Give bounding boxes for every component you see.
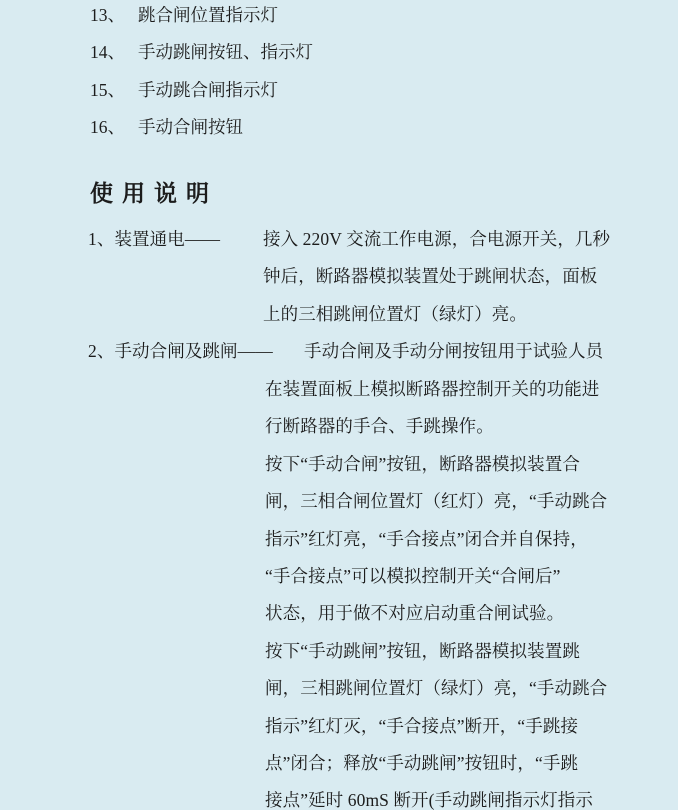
- instruction-2-text-line: 闸，三相合闸位置灯（红灯）亮，“手动跳合: [265, 491, 607, 511]
- instruction-2-label: 2、手动合闸及跳闸——: [88, 341, 273, 361]
- instruction-2-text-line: 行断路器的手合、手跳操作。: [265, 416, 494, 436]
- instruction-2-text-line: 手动合闸及手动分闸按钮用于试验人员: [304, 341, 603, 361]
- list-item: 15、手动跳合闸指示灯: [90, 80, 278, 100]
- instruction-2-text-line: 指示”红灯灭，“手合接点”断开，“手跳接: [265, 716, 578, 736]
- list-item-number: 14、: [90, 42, 138, 62]
- instruction-2-text-line: 闸，三相跳闸位置灯（绿灯）亮，“手动跳合: [265, 678, 607, 698]
- instruction-2-text-line: 指示”红灯亮，“手合接点”闭合并自保持，: [265, 529, 588, 549]
- instruction-2-text-line: 点”闭合；释放“手动跳闸”按钮时，“手跳: [265, 753, 578, 773]
- list-item-text: 跳合闸位置指示灯: [138, 5, 278, 25]
- list-item-text: 手动合闸按钮: [138, 117, 243, 137]
- instruction-2-text-line: 在装置面板上模拟断路器控制开关的功能进: [265, 379, 599, 399]
- list-item-number: 16、: [90, 117, 138, 137]
- instruction-1-text-line: 钟后，断路器模拟装置处于跳闸状态，面板: [263, 266, 597, 286]
- instruction-2-text-line: 按下“手动合闸”按钮，断路器模拟装置合: [265, 454, 580, 474]
- instruction-2-text-line: 按下“手动跳闸”按钮，断路器模拟装置跳: [265, 641, 580, 661]
- instruction-2-text-line: 状态，用于做不对应启动重合闸试验。: [265, 603, 564, 623]
- list-item-number: 15、: [90, 80, 138, 100]
- list-item-text: 手动跳合闸指示灯: [138, 80, 278, 100]
- list-item: 13、跳合闸位置指示灯: [90, 5, 278, 25]
- document-page: 13、跳合闸位置指示灯 14、手动跳闸按钮、指示灯 15、手动跳合闸指示灯 16…: [0, 0, 678, 810]
- list-item: 14、手动跳闸按钮、指示灯: [90, 42, 313, 62]
- list-item-number: 13、: [90, 5, 138, 25]
- list-item-text: 手动跳闸按钮、指示灯: [138, 42, 313, 62]
- instruction-1-label: 1、装置通电——: [88, 229, 220, 249]
- instruction-2-text-line: 接点”延时 60mS 断开(手动跳闸指示灯指示: [265, 790, 593, 810]
- list-item: 16、手动合闸按钮: [90, 117, 243, 137]
- instruction-1-text-line: 接入 220V 交流工作电源，合电源开关，几秒: [263, 229, 610, 249]
- instruction-2-text-line: “手合接点”可以模拟控制开关“合闸后”: [265, 566, 560, 586]
- instruction-1-text-line: 上的三相跳闸位置灯（绿灯）亮。: [263, 304, 527, 324]
- section-heading: 使用说明: [90, 181, 218, 207]
